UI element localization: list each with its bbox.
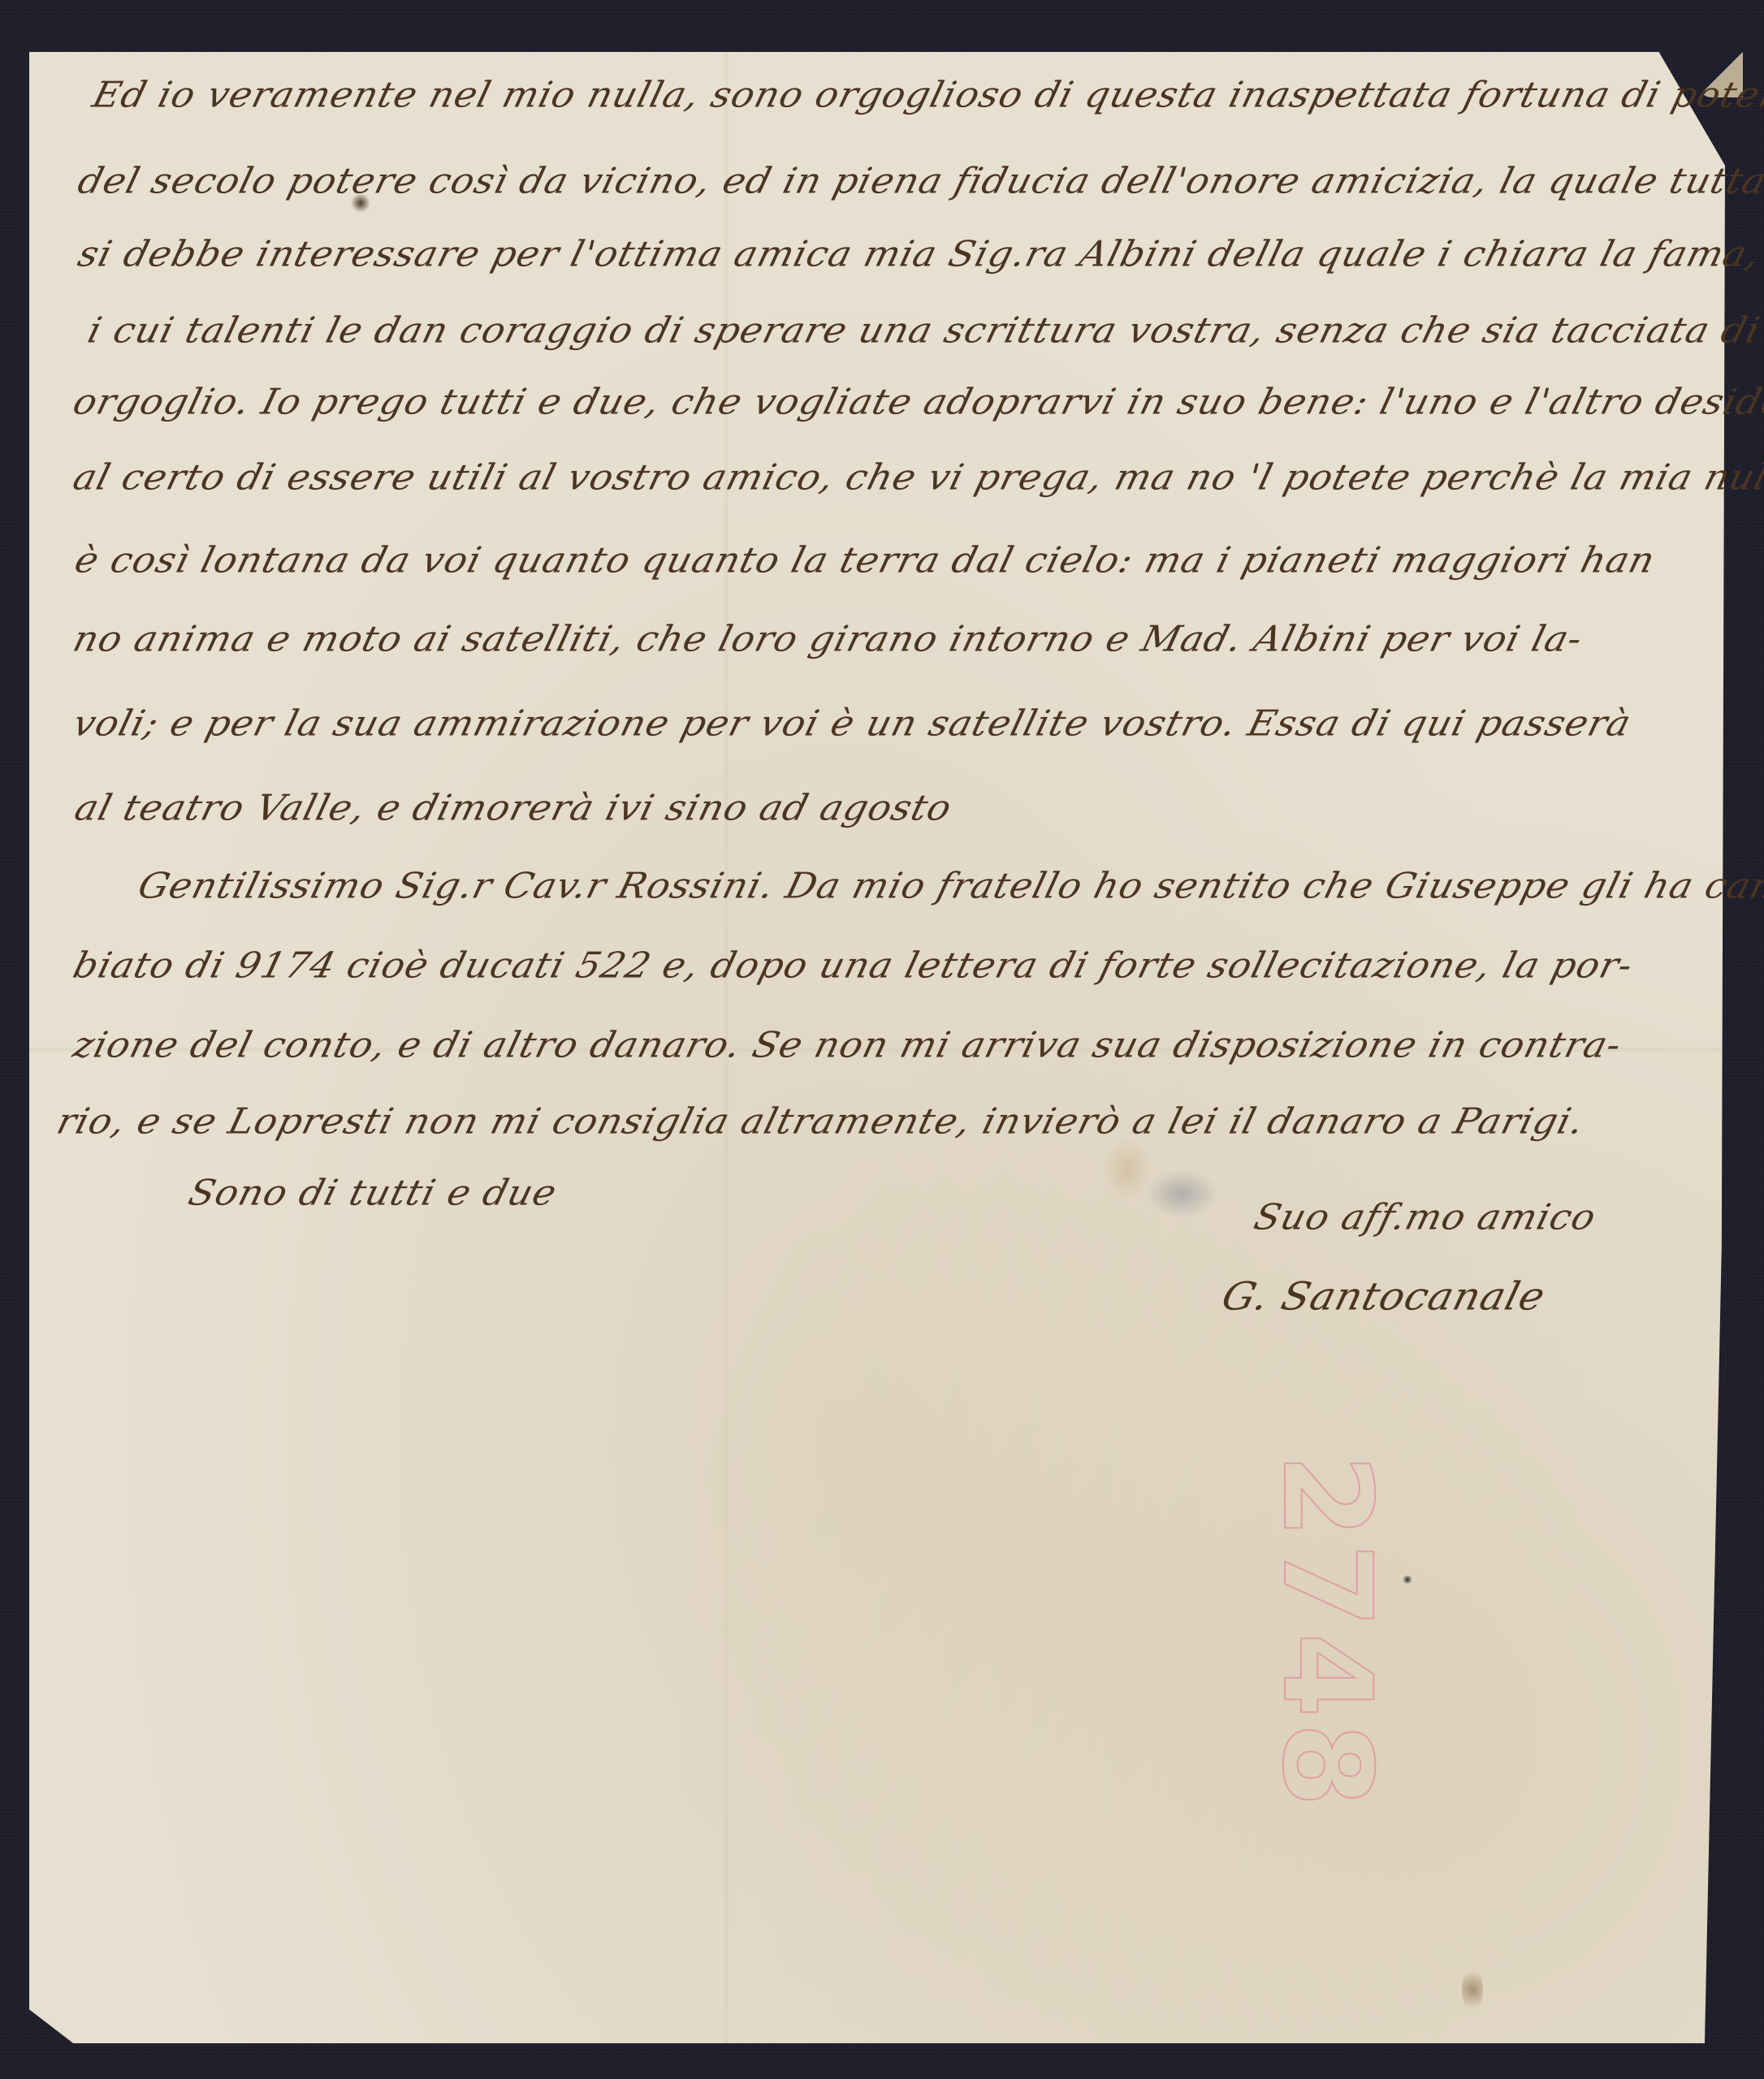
signature: G. Santocanale: [1218, 1277, 1550, 1316]
paragraph-line: biato di 9174 cioè ducati 522 e, dopo un…: [70, 947, 1636, 983]
closing-line: Sono di tutti e due: [185, 1174, 560, 1210]
body-line: si debbe interessare per l'ottima amica …: [75, 236, 1764, 271]
body-line: Ed io veramente nel mio nulla, sono orgo…: [89, 76, 1764, 112]
letter-text: Ed io veramente nel mio nulla, sono orgo…: [0, 0, 1764, 2079]
archival-red-pencil-number: 2748: [1256, 1454, 1397, 1812]
body-line: voli; e per la sua ammirazione per voi è…: [70, 705, 1635, 741]
paragraph-line: rio, e se Lopresti non mi consiglia altr…: [54, 1103, 1588, 1139]
body-line: orgoglio. Io prego tutti e due, che vogl…: [70, 383, 1764, 419]
paragraph-line: Gentilissimo Sig.r Cav.r Rossini. Da mio…: [135, 867, 1764, 903]
body-line: al teatro Valle, e dimorerà ivi sino ad …: [71, 789, 956, 825]
body-line: è così lontana da voi quanto quanto la t…: [71, 542, 1659, 577]
paragraph-line: zione del conto, e di altro danaro. Se n…: [70, 1027, 1625, 1062]
valediction: Suo aff.mo amico: [1251, 1199, 1600, 1234]
body-line: no anima e moto ai satelliti, che loro g…: [70, 620, 1586, 656]
body-line: i cui talenti le dan coraggio di sperare…: [84, 312, 1764, 348]
body-line: al certo di essere utili al vostro amico…: [70, 459, 1764, 495]
body-line: del secolo potere così da vicino, ed in …: [75, 162, 1764, 198]
